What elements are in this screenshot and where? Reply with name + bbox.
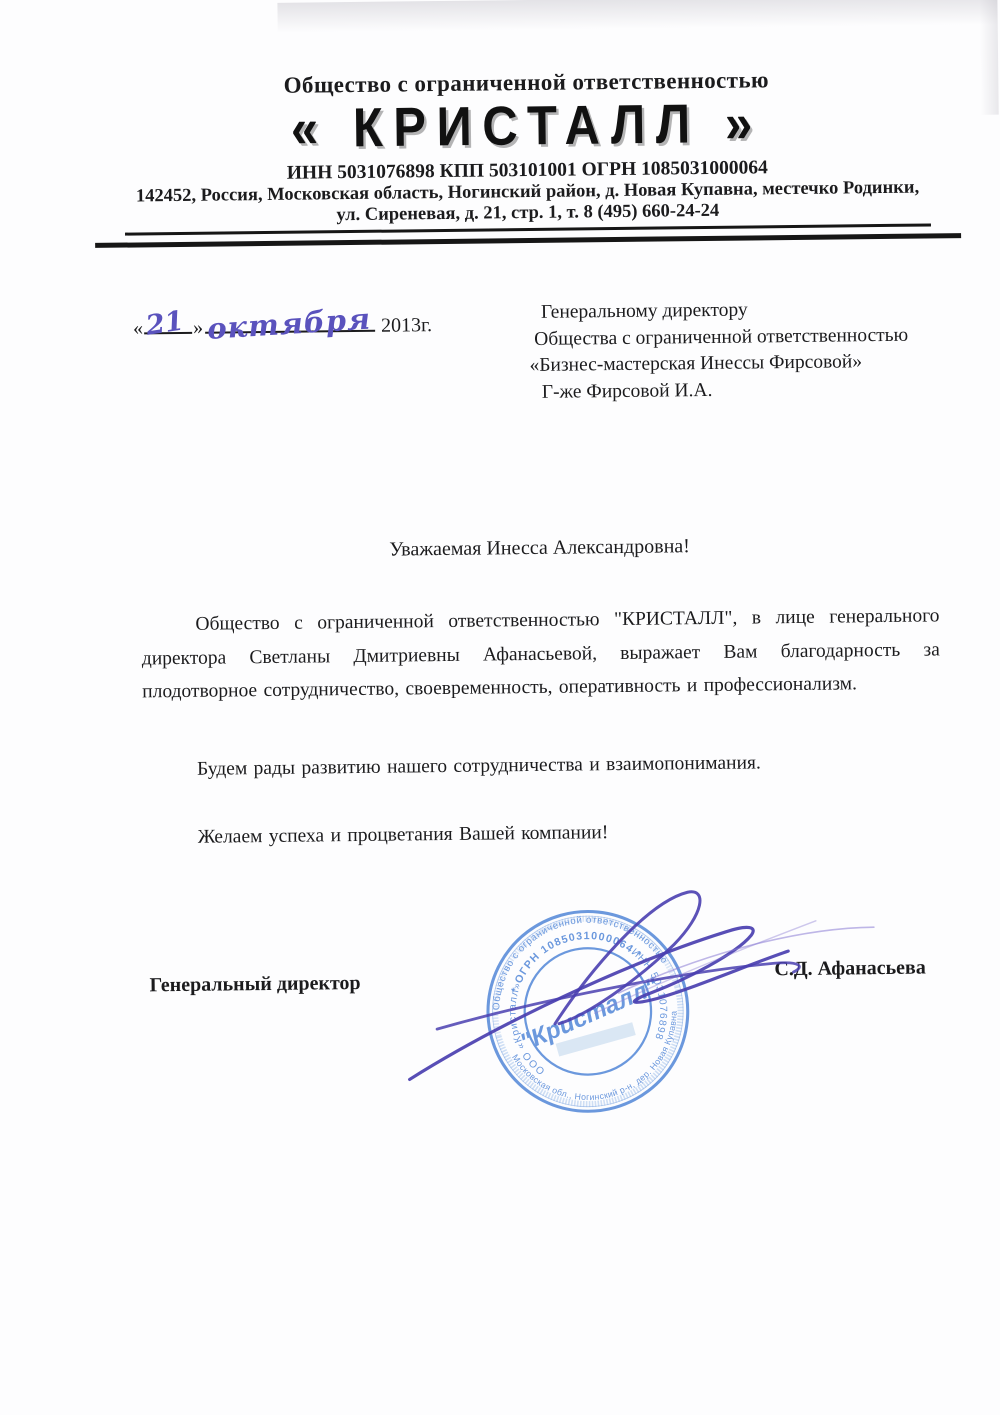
date-month-handwritten: октября: [206, 302, 372, 346]
letterhead-org-name: « КРИСТАЛЛ »: [73, 92, 980, 161]
date-close-quote: »: [193, 317, 203, 339]
letterhead-rule-thick: [95, 233, 961, 248]
date-month-blank: октября: [205, 306, 375, 334]
signature-scribble: [295, 872, 908, 1124]
addressee-block: Генеральному директору Общества с ограни…: [529, 296, 909, 406]
body-paragraph: Общество с ограниченной ответственностью…: [141, 599, 940, 709]
body-paragraph: Будем рады развитию нашего сотрудничеств…: [143, 744, 941, 787]
date-day-handwritten: 21: [144, 305, 186, 341]
addressee-line: Г-же Фирсовой И.А.: [530, 375, 909, 406]
date-day-blank: 21: [144, 308, 192, 335]
salutation: Уважаемая Инесса Александровна!: [141, 532, 939, 564]
date-year: 2013г.: [381, 314, 432, 337]
addressee-line: «Бизнес-мастерская Инессы Фирсовой»: [529, 349, 908, 380]
letterhead: Общество с ограниченной ответственностью…: [54, 65, 1000, 249]
scanned-letter-page: Общество с ограниченной ответственностью…: [0, 0, 1000, 1415]
letter-sheet: Общество с ограниченной ответственностью…: [0, 0, 1000, 1415]
body-paragraph: Желаем успеха и процветания Вашей компан…: [144, 812, 942, 855]
date-open-quote: «: [133, 317, 143, 339]
scan-shading-top: [277, 0, 997, 33]
date-line: «21»октября2013г.: [133, 305, 432, 340]
